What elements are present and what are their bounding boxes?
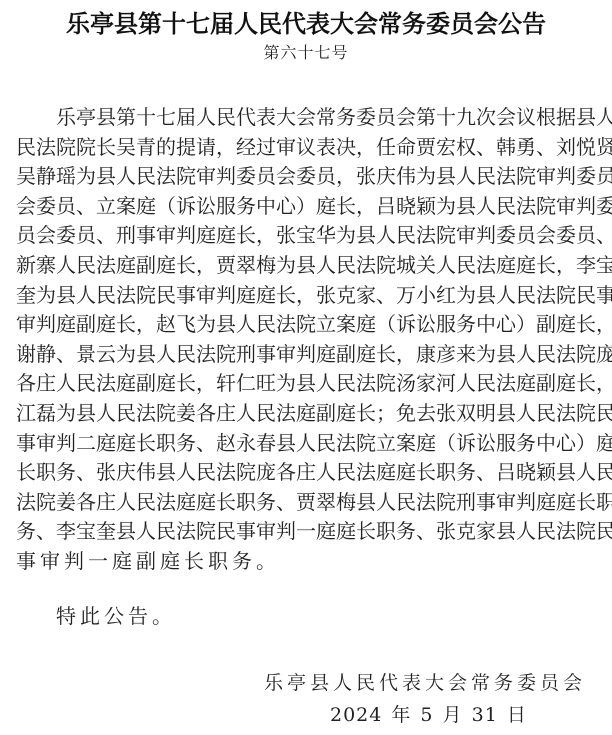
body-line: 吴静瑶为县人民法院审判委员会委员，张庆伟为县人民法院审判委员: [16, 162, 596, 192]
closing-statement: 特此公告。: [56, 602, 176, 631]
document-number: 第六十七号: [0, 42, 612, 64]
announcement-date: 2024 年 5 月 31 日: [330, 702, 527, 728]
body-line: 各庄人民法庭副庭长，轩仁旺为县人民法院汤家河人民法庭副庭长，: [16, 369, 596, 399]
announcement-title: 乐亭县第十七届人民代表大会常务委员会公告: [0, 8, 612, 40]
body-line: 奎为县人民法院民事审判庭庭长，张克家、万小红为县人民法院民事: [16, 281, 596, 311]
body-line: 事审判二庭庭长职务、赵永春县人民法院立案庭（诉讼服务中心）庭: [16, 429, 596, 459]
body-line: 法院姜各庄人民法庭庭长职务、贾翠梅县人民法院刑事审判庭庭长职: [16, 488, 596, 518]
body-line: 民法院院长吴青的提请，经过审议表决，任命贾宏权、韩勇、刘悦贤、: [16, 133, 596, 163]
body-line: 新寨人民法庭副庭长，贾翠梅为县人民法院城关人民法庭庭长，李宝: [16, 251, 596, 281]
body-line: 谢静、景云为县人民法院刑事审判庭副庭长，康彦来为县人民法院庞: [16, 340, 596, 370]
body-line: 务、李宝奎县人民法院民事审判一庭庭长职务、张克家县人民法院民: [16, 517, 596, 547]
body-line: 审判庭副庭长，赵飞为县人民法院立案庭（诉讼服务中心）副庭长，: [16, 310, 596, 340]
body-line: 江磊为县人民法院姜各庄人民法庭副庭长；免去张双明县人民法院民: [16, 399, 596, 429]
body-line: 事审判一庭副庭长职务。: [16, 547, 596, 577]
body-line: 员会委员、刑事审判庭庭长，张宝华为县人民法院审判委员会委员、: [16, 221, 596, 251]
body-line: 会委员、立案庭（诉讼服务中心）庭长，吕晓颖为县人民法院审判委: [16, 192, 596, 222]
signature-organization: 乐亭县人民代表大会常务委员会: [264, 670, 586, 696]
body-line: 长职务、张庆伟县人民法院庞各庄人民法庭庭长职务、吕晓颖县人民: [16, 458, 596, 488]
announcement-body: 乐亭县第十七届人民代表大会常务委员会第十九次会议根据县人 民法院院长吴青的提请，…: [16, 103, 596, 577]
body-line: 乐亭县第十七届人民代表大会常务委员会第十九次会议根据县人: [16, 103, 596, 133]
